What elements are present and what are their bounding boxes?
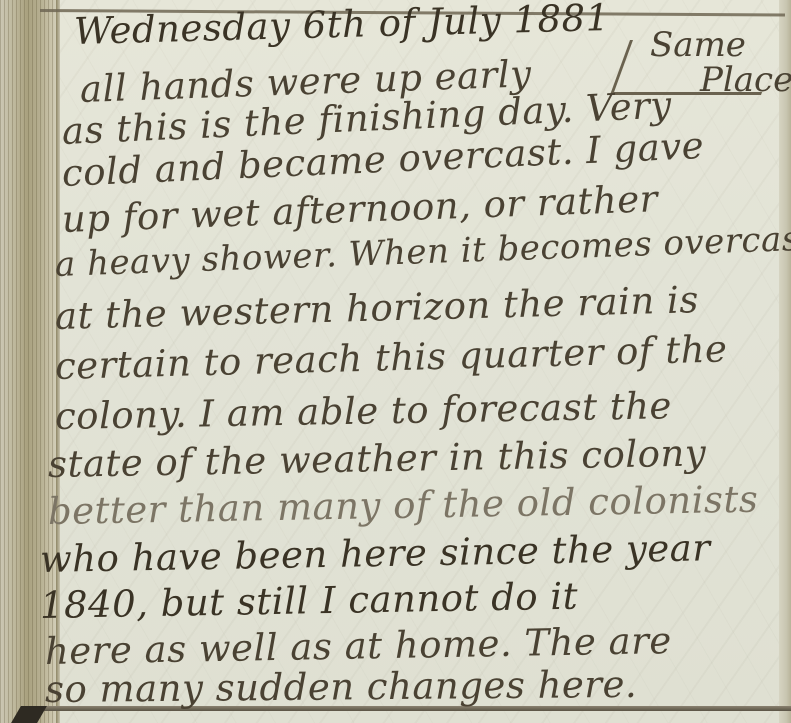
location-note-same: Same — [650, 25, 746, 65]
text-line-14: so many sudden changes here. — [45, 663, 638, 711]
text-line-9: state of the weather in this colony — [48, 432, 707, 486]
entry-date: Wednesday 6th of July 1881 — [73, 0, 610, 53]
location-note-place: Place — [700, 60, 791, 100]
text-line-12: 1840, but still I cannot do it — [40, 575, 579, 627]
diary-page: Wednesday 6th of July 1881 Same Place al… — [0, 0, 791, 723]
text-line-6: at the western horizon the rain is — [54, 278, 699, 338]
text-line-10: better than many of the old colonists — [48, 478, 759, 533]
text-line-8: colony. I am able to forecast the — [55, 384, 673, 438]
text-line-7: certain to reach this quarter of the — [54, 327, 728, 388]
text-line-11: who have been here since the year — [40, 526, 711, 581]
page-right-edge — [779, 0, 791, 723]
